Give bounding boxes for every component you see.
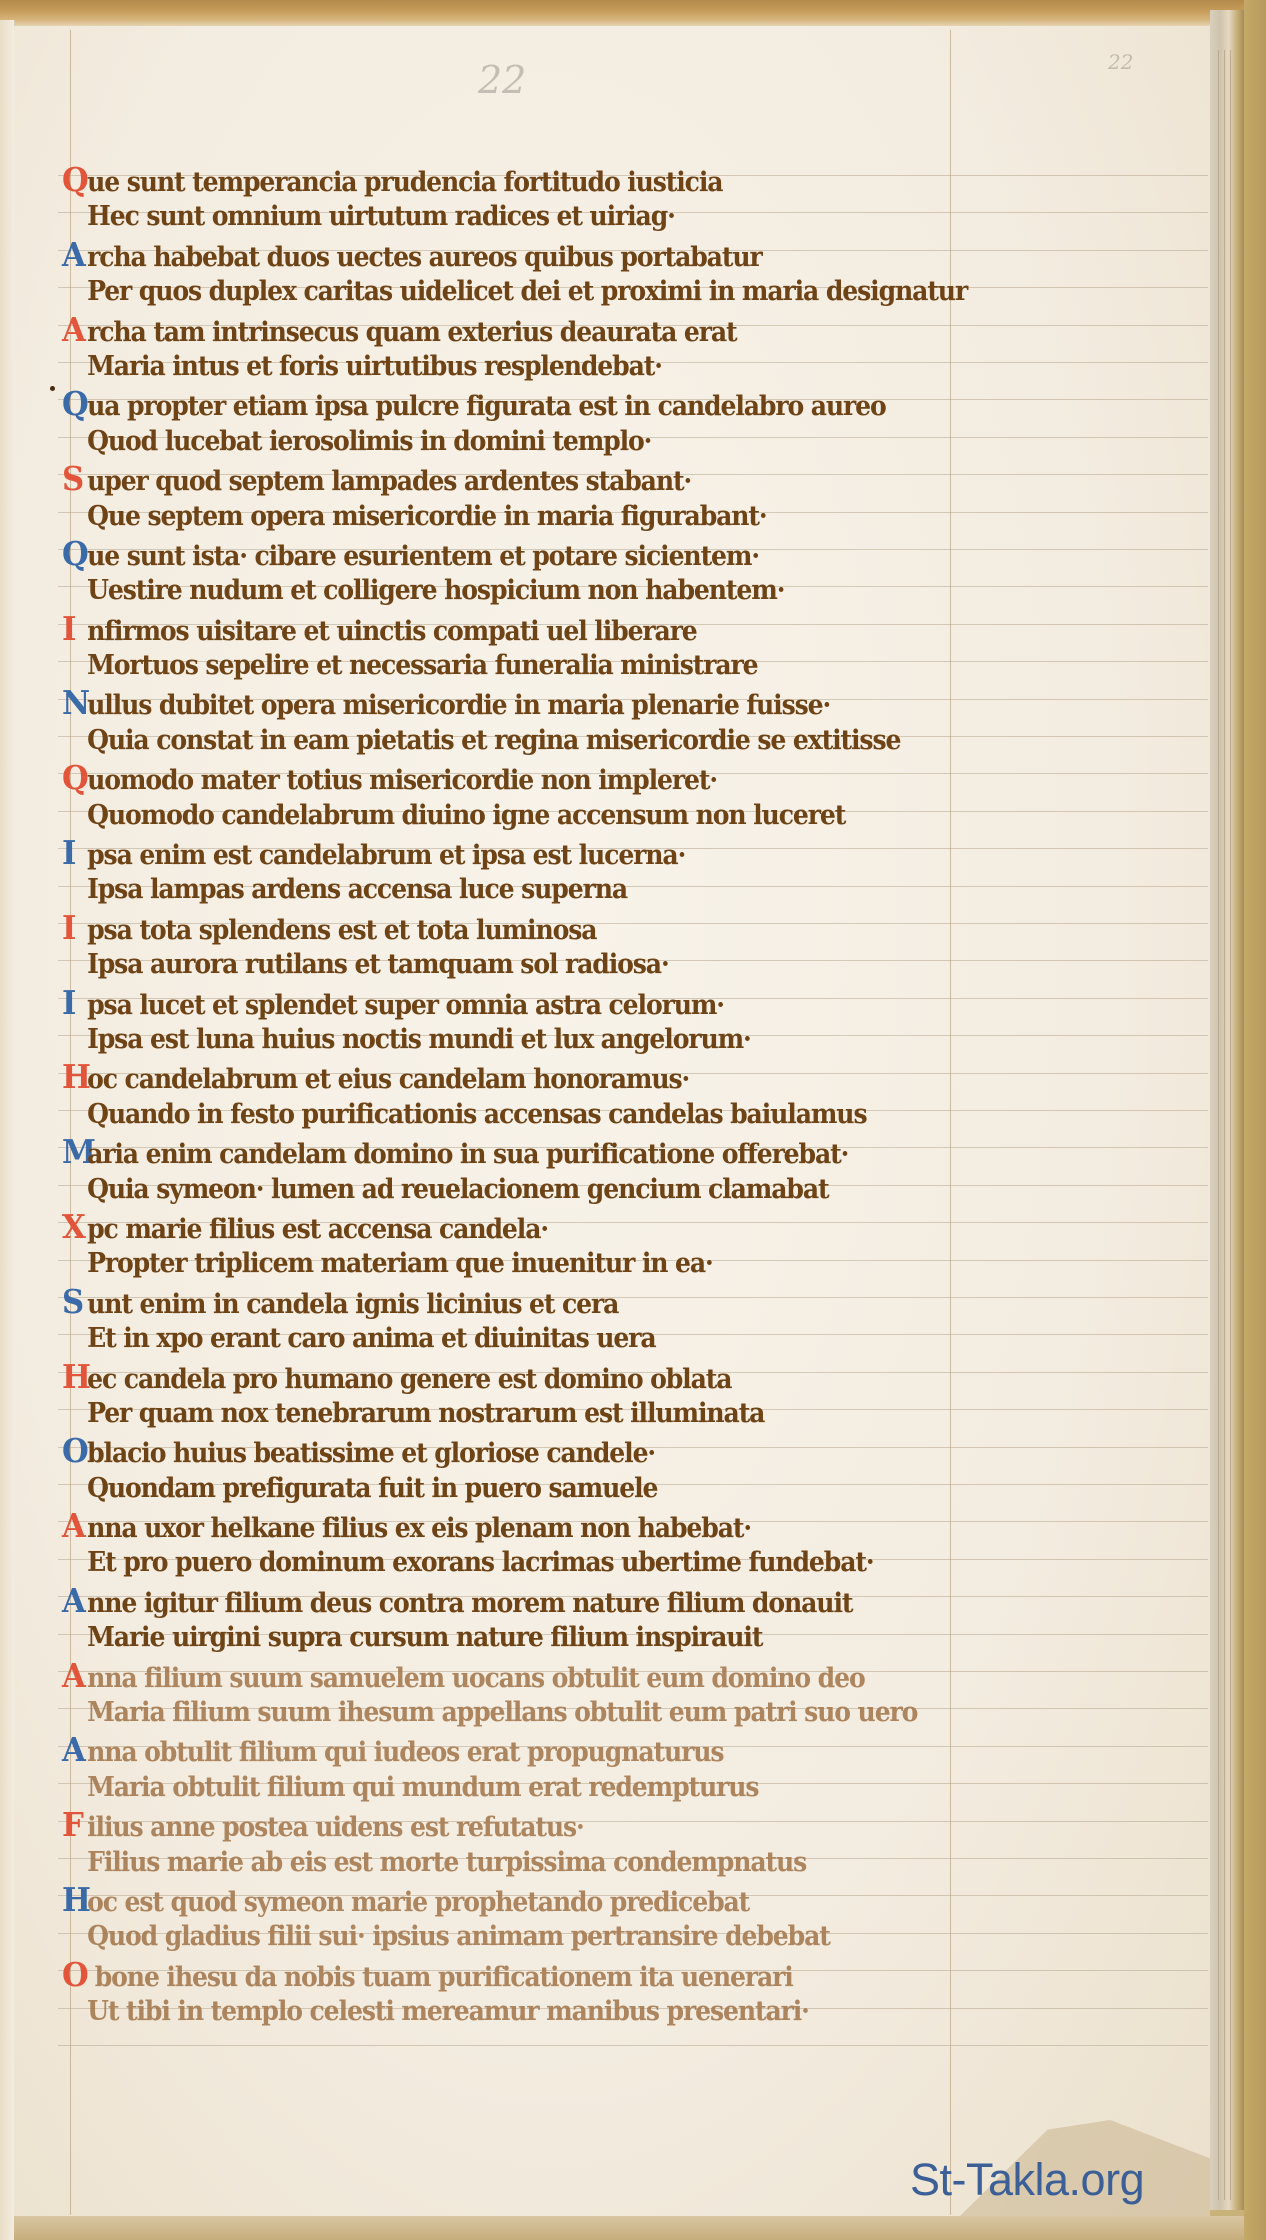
red-initial-letter: A [62, 1657, 86, 1694]
manuscript-line: Oblacio huius beatissime et gloriose can… [62, 1432, 955, 1469]
manuscript-line: Propter triplicem materiam que inuenitur… [62, 1245, 955, 1282]
blue-initial-letter: H [62, 1881, 86, 1918]
manuscript-line: Infirmos uisitare et uinctis compati uel… [62, 610, 955, 647]
line-text: uomodo mater totius misericordie non imp… [87, 765, 717, 796]
line-text: bone ihesu da nobis tuam purificationem … [87, 1962, 793, 1993]
red-initial-letter: X [62, 1208, 86, 1245]
line-text: Maria intus et foris uirtutibus resplend… [87, 351, 662, 382]
line-text: ua propter etiam ipsa pulcre figurata es… [87, 391, 886, 422]
blue-initial-letter: A [62, 1731, 86, 1768]
line-text: Ipsa est luna huius noctis mundi et lux … [87, 1024, 751, 1055]
manuscript-line: Archa habebat duos uectes aureos quibus … [62, 236, 955, 273]
red-initial-letter: F [62, 1806, 86, 1843]
line-text: Per quam nox tenebrarum nostrarum est il… [87, 1398, 764, 1429]
manuscript-line: Que septem opera misericordie in maria f… [62, 498, 955, 535]
line-text: Maria obtulit filium qui mundum erat red… [87, 1772, 758, 1803]
line-text: ue sunt temperancia prudencia fortitudo … [87, 167, 722, 198]
red-initial-letter: H [62, 1058, 86, 1095]
red-initial-letter: S [62, 460, 86, 497]
manuscript-line: Ipsa enim est candelabrum et ipsa est lu… [62, 834, 955, 871]
manuscript-line: Hoc est quod symeon marie prophetando pr… [62, 1881, 955, 1918]
ruling-line [58, 2045, 1208, 2046]
blue-initial-letter: O [62, 1432, 86, 1469]
folio-number-corner: 22 [1108, 50, 1133, 74]
manuscript-line: Quod gladius filii sui· ipsius animam pe… [62, 1918, 955, 1955]
red-initial-letter: Q [62, 161, 86, 198]
red-initial-letter: I [62, 909, 86, 946]
manuscript-line: Hec sunt omnium uirtutum radices et uiri… [62, 198, 955, 235]
line-text: pc marie filius est accensa candela· [87, 1214, 548, 1245]
manuscript-line: Que sunt temperancia prudencia fortitudo… [62, 161, 955, 198]
facing-page-edge [0, 20, 15, 2240]
manuscript-line: Anne igitur filium deus contra morem nat… [62, 1582, 955, 1619]
manuscript-line: Sunt enim in candela ignis licinius et c… [62, 1283, 955, 1320]
line-text: Uestire nudum et colligere hospicium non… [87, 575, 784, 606]
manuscript-line: Per quos duplex caritas uidelicet dei et… [62, 273, 955, 310]
manuscript-line: Maria filium suum ihesum appellans obtul… [62, 1694, 955, 1731]
manuscript-line: Ipsa lampas ardens accensa luce superna [62, 871, 955, 908]
manuscript-line: Ut tibi in templo celesti mereamur manib… [62, 1993, 955, 2030]
manuscript-line: Super quod septem lampades ardentes stab… [62, 460, 955, 497]
manuscript-line: Hec candela pro humano genere est domino… [62, 1358, 955, 1395]
blue-initial-letter: M [62, 1133, 86, 1170]
line-text: ullus dubitet opera misericordie in mari… [87, 690, 830, 721]
manuscript-line: Ipsa aurora rutilans et tamquam sol radi… [62, 946, 955, 983]
line-text: Que septem opera misericordie in maria f… [87, 501, 766, 532]
ink-speck [50, 386, 55, 391]
line-text: ec candela pro humano genere est domino … [87, 1364, 731, 1395]
manuscript-line: Archa tam intrinsecus quam exterius deau… [62, 311, 955, 348]
manuscript-text-block: Que sunt temperancia prudencia fortitudo… [62, 161, 1022, 2031]
line-text: unt enim in candela ignis licinius et ce… [87, 1289, 618, 1320]
line-text: Quomodo candelabrum diuino igne accensum… [87, 800, 845, 831]
red-initial-letter: I [62, 610, 86, 647]
line-text: Per quos duplex caritas uidelicet dei et… [87, 276, 967, 307]
manuscript-line: Et pro puero dominum exorans lacrimas ub… [62, 1544, 955, 1581]
manuscript-line: Hoc candelabrum et eius candelam honoram… [62, 1058, 955, 1095]
line-text: psa lucet et splendet super omnia astra … [87, 990, 724, 1021]
line-text: aria enim candelam domino in sua purific… [87, 1139, 848, 1170]
manuscript-line: Que sunt ista· cibare esurientem et pota… [62, 535, 955, 572]
line-text: Filius marie ab eis est morte turpissima… [87, 1847, 806, 1878]
line-text: ilius anne postea uidens est refutatus· [87, 1812, 584, 1843]
line-text: nne igitur filium deus contra morem natu… [87, 1588, 852, 1619]
manuscript-line: Et in xpo erant caro anima et diuinitas … [62, 1320, 955, 1357]
line-text: psa tota splendens est et tota luminosa [87, 915, 596, 946]
line-text: Quia constat in eam pietatis et regina m… [87, 725, 900, 756]
manuscript-line: Per quam nox tenebrarum nostrarum est il… [62, 1395, 955, 1432]
line-text: Quondam prefigurata fuit in puero samuel… [87, 1473, 657, 1504]
manuscript-line: Mortuos sepelire et necessaria funeralia… [62, 647, 955, 684]
line-text: Hec sunt omnium uirtutum radices et uiri… [87, 201, 675, 232]
line-text: Mortuos sepelire et necessaria funeralia… [87, 650, 757, 681]
line-text: oc candelabrum et eius candelam honoramu… [87, 1064, 689, 1095]
blue-initial-letter: I [62, 984, 86, 1021]
manuscript-line: Nullus dubitet opera misericordie in mar… [62, 684, 955, 721]
line-text: nna filium suum samuelem uocans obtulit … [87, 1663, 865, 1694]
manuscript-line: Ipsa tota splendens est et tota luminosa [62, 909, 955, 946]
line-text: rcha habebat duos uectes aureos quibus p… [87, 242, 761, 273]
blue-initial-letter: A [62, 1582, 86, 1619]
red-initial-letter: A [62, 1507, 86, 1544]
manuscript-line: Filius marie ab eis est morte turpissima… [62, 1844, 955, 1881]
manuscript-line: O bone ihesu da nobis tuam purificatione… [62, 1956, 955, 1993]
manuscript-line: Quia constat in eam pietatis et regina m… [62, 722, 955, 759]
blue-initial-letter: Q [62, 385, 86, 422]
manuscript-line: Filius anne postea uidens est refutatus· [62, 1806, 955, 1843]
manuscript-line: Quomodo candelabrum diuino igne accensum… [62, 797, 955, 834]
blue-initial-letter: N [62, 684, 86, 721]
manuscript-line: Maria enim candelam domino in sua purifi… [62, 1133, 955, 1170]
manuscript-line: Anna uxor helkane filius ex eis plenam n… [62, 1507, 955, 1544]
manuscript-line: Quod lucebat ierosolimis in domini templ… [62, 423, 955, 460]
blue-initial-letter: I [62, 834, 86, 871]
manuscript-line: Quia symeon· lumen ad reuelacionem genci… [62, 1171, 955, 1208]
line-text: Quod lucebat ierosolimis in domini templ… [87, 426, 651, 457]
manuscript-line: Ipsa lucet et splendet super omnia astra… [62, 984, 955, 1021]
manuscript-line: Anna obtulit filium qui iudeos erat prop… [62, 1731, 955, 1768]
line-text: Maria filium suum ihesum appellans obtul… [87, 1697, 917, 1728]
watermark-text: St-Takla.org [910, 2154, 1144, 2206]
binding-edge [1244, 0, 1266, 2240]
red-initial-letter: H [62, 1358, 86, 1395]
blue-initial-letter: Q [62, 535, 86, 572]
line-text: Et in xpo erant caro anima et diuinitas … [87, 1323, 655, 1354]
line-text: Quod gladius filii sui· ipsius animam pe… [87, 1921, 830, 1952]
blue-initial-letter: S [62, 1283, 86, 1320]
line-text: psa enim est candelabrum et ipsa est luc… [87, 840, 685, 871]
line-text: rcha tam intrinsecus quam exterius deaur… [87, 317, 736, 348]
line-text: Et pro puero dominum exorans lacrimas ub… [87, 1547, 873, 1578]
manuscript-line: Quondam prefigurata fuit in puero samuel… [62, 1470, 955, 1507]
line-text: oc est quod symeon marie prophetando pre… [87, 1887, 749, 1918]
page-top-edge [0, 0, 1266, 28]
line-text: blacio huius beatissime et gloriose cand… [87, 1438, 655, 1469]
blue-initial-letter: A [62, 236, 86, 273]
line-text: uper quod septem lampades ardentes staba… [87, 466, 691, 497]
line-text: Marie uirgini supra cursum nature filium… [87, 1622, 762, 1653]
line-text: Ipsa lampas ardens accensa luce superna [87, 874, 627, 905]
manuscript-line: Uestire nudum et colligere hospicium non… [62, 572, 955, 609]
manuscript-line: Quomodo mater totius misericordie non im… [62, 759, 955, 796]
manuscript-line: Maria obtulit filium qui mundum erat red… [62, 1769, 955, 1806]
red-initial-letter: O [62, 1956, 86, 1993]
red-initial-letter: Q [62, 759, 86, 796]
manuscript-line: Ipsa est luna huius noctis mundi et lux … [62, 1021, 955, 1058]
line-text: nfirmos uisitare et uinctis compati uel … [87, 616, 697, 647]
page-stub-gutter [1210, 10, 1244, 2210]
line-text: Quia symeon· lumen ad reuelacionem genci… [87, 1174, 828, 1205]
manuscript-line: Maria intus et foris uirtutibus resplend… [62, 348, 955, 385]
manuscript-line: Marie uirgini supra cursum nature filium… [62, 1619, 955, 1656]
page-bottom-edge [14, 2216, 1244, 2240]
line-text: Ipsa aurora rutilans et tamquam sol radi… [87, 949, 668, 980]
folio-number-center: 22 [478, 58, 526, 102]
manuscript-line: Qua propter etiam ipsa pulcre figurata e… [62, 385, 955, 422]
line-text: Propter triplicem materiam que inuenitur… [87, 1248, 713, 1279]
manuscript-line: Xpc marie filius est accensa candela· [62, 1208, 955, 1245]
line-text: Quando in festo purificationis accensas … [87, 1099, 866, 1130]
line-text: nna uxor helkane filius ex eis plenam no… [87, 1513, 751, 1544]
manuscript-line: Anna filium suum samuelem uocans obtulit… [62, 1657, 955, 1694]
line-text: Ut tibi in templo celesti mereamur manib… [87, 1996, 809, 2027]
red-initial-letter: A [62, 311, 86, 348]
line-text: ue sunt ista· cibare esurientem et potar… [87, 541, 759, 572]
manuscript-line: Quando in festo purificationis accensas … [62, 1096, 955, 1133]
line-text: nna obtulit filium qui iudeos erat propu… [87, 1737, 723, 1768]
